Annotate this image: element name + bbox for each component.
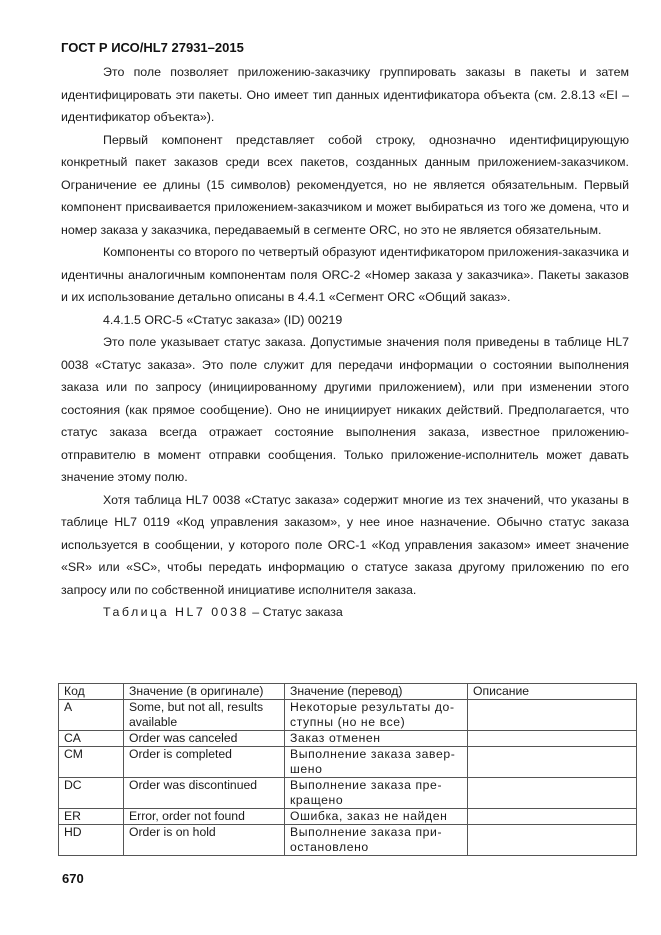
- cell-description: [468, 731, 637, 747]
- paragraph: Первый компонент представляет собой стро…: [61, 129, 629, 242]
- table-row: HD Order is on hold Выполнение заказа пр…: [59, 825, 637, 856]
- table-caption-label: Таблица HL7 0038: [103, 605, 249, 619]
- cell-original: Order was discontinued: [124, 778, 285, 809]
- document-header: ГОСТ Р ИСО/HL7 27931–2015: [61, 40, 244, 55]
- cell-code: CA: [59, 731, 124, 747]
- table-row: CM Order is completed Выполнение заказа …: [59, 747, 637, 778]
- status-table: Код Значение (в оригинале) Значение (пер…: [58, 683, 637, 856]
- paragraph: Хотя таблица HL7 0038 «Статус заказа» со…: [61, 489, 629, 602]
- column-header-code: Код: [59, 684, 124, 700]
- paragraph: Это поле позволяет приложению-заказчику …: [61, 61, 629, 129]
- cell-code: CM: [59, 747, 124, 778]
- table-caption: Таблица HL7 0038 – Статус заказа: [61, 601, 629, 623]
- cell-original: Some, but not all, results available: [124, 700, 285, 731]
- cell-code: DC: [59, 778, 124, 809]
- column-header-translation: Значение (перевод): [285, 684, 468, 700]
- cell-original: Order is on hold: [124, 825, 285, 856]
- cell-description: [468, 825, 637, 856]
- cell-code: ER: [59, 809, 124, 825]
- table-header-row: Код Значение (в оригинале) Значение (пер…: [59, 684, 637, 700]
- column-header-description: Описание: [468, 684, 637, 700]
- cell-translation: Некоторые результаты до­ступны (но не вс…: [285, 700, 468, 731]
- table-caption-title: Статус заказа: [263, 605, 343, 619]
- cell-original: Error, order not found: [124, 809, 285, 825]
- table-row: A Some, but not all, results available Н…: [59, 700, 637, 731]
- cell-description: [468, 700, 637, 731]
- cell-translation: Выполнение заказа завер­шено: [285, 747, 468, 778]
- cell-translation: Выполнение заказа при­остановлено: [285, 825, 468, 856]
- cell-code: HD: [59, 825, 124, 856]
- page-number: 670: [62, 871, 84, 886]
- cell-code: A: [59, 700, 124, 731]
- cell-original: Order is completed: [124, 747, 285, 778]
- cell-translation: Выполнение заказа пре­кращено: [285, 778, 468, 809]
- table-row: DC Order was discontinued Выполнение зак…: [59, 778, 637, 809]
- cell-translation: Ошибка, заказ не найден: [285, 809, 468, 825]
- table-row: ER Error, order not found Ошибка, заказ …: [59, 809, 637, 825]
- cell-description: [468, 747, 637, 778]
- table-row: CA Order was canceled Заказ отменен: [59, 731, 637, 747]
- paragraph: Это поле указывает статус заказа. Допуст…: [61, 331, 629, 489]
- cell-translation: Заказ отменен: [285, 731, 468, 747]
- cell-description: [468, 778, 637, 809]
- section-heading: 4.4.1.5 ORC-5 «Статус заказа» (ID) 00219: [61, 309, 629, 332]
- cell-description: [468, 809, 637, 825]
- column-header-original: Значение (в оригинале): [124, 684, 285, 700]
- paragraph: Компоненты со второго по четвертый образ…: [61, 241, 629, 309]
- cell-original: Order was canceled: [124, 731, 285, 747]
- document-body: Это поле позволяет приложению-заказчику …: [61, 61, 629, 623]
- table-caption-dash: –: [252, 605, 259, 619]
